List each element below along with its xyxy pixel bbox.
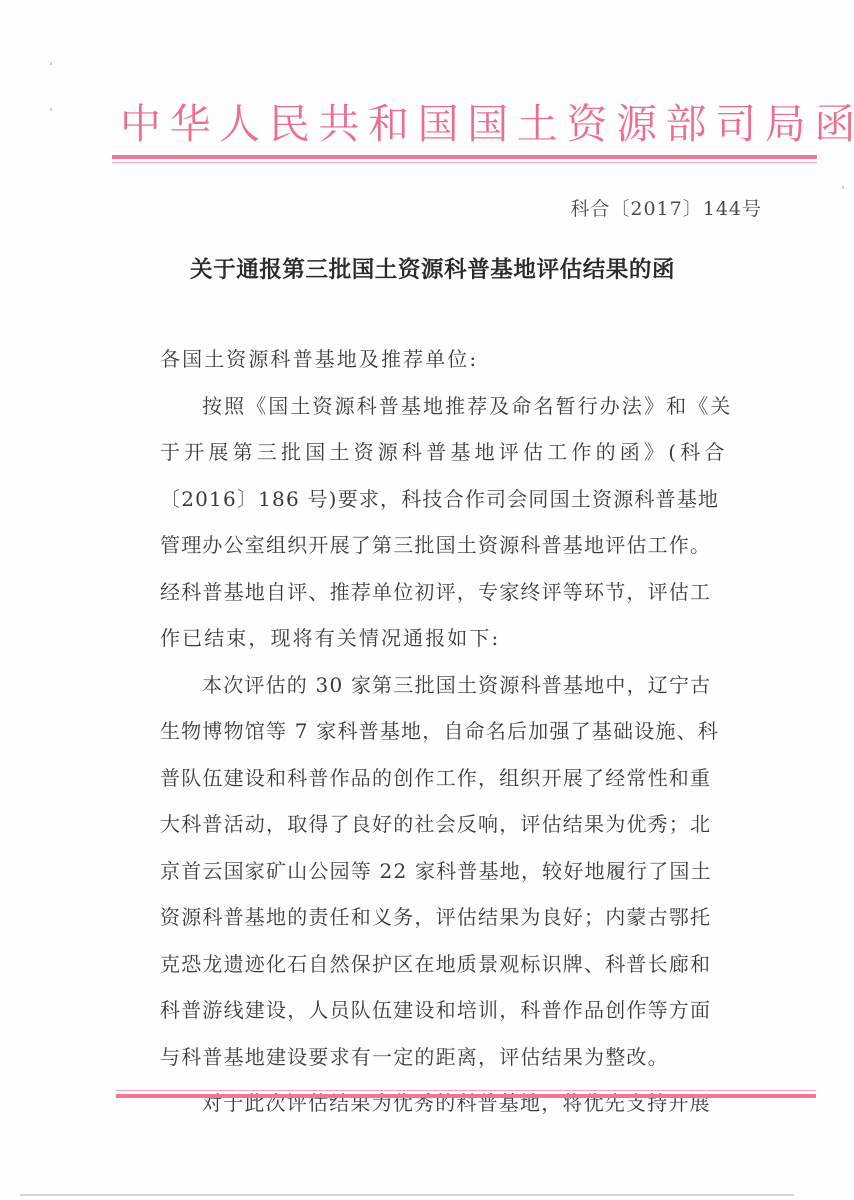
- body-line: 于开展第三批国土资源科普基地评估工作的函》(科合: [160, 429, 770, 476]
- document-body: 各国土资源科普基地及推荐单位: 按照《国土资源科普基地推荐及命名暂行办法》和《关…: [160, 336, 770, 1127]
- scan-speck: [50, 62, 52, 65]
- body-line: 本次评估的 30 家第三批国土资源科普基地中，辽宁古: [160, 662, 770, 709]
- divider-thick-line: [112, 155, 817, 159]
- body-line: 管理办公室组织开展了第三批国土资源科普基地评估工作。: [160, 522, 770, 569]
- body-line: 按照《国土资源科普基地推荐及命名暂行办法》和《关: [160, 383, 770, 430]
- scan-speck: [842, 186, 844, 189]
- letterhead-title: 中华人民共和国国土资源部司局函: [120, 96, 810, 152]
- body-line: 资源科普基地的责任和义务，评估结果为良好；内蒙古鄂托: [160, 894, 770, 941]
- body-line: 生物博物馆等 7 家科普基地，自命名后加强了基础设施、科: [160, 708, 770, 755]
- body-line: 京首云国家矿山公园等 22 家科普基地，较好地履行了国土: [160, 848, 770, 895]
- divider-thin-line: [116, 1090, 816, 1091]
- body-line: 〔2016〕186 号)要求，科技合作司会同国土资源科普基地: [160, 476, 770, 523]
- document-number: 科合〔2017〕144号: [570, 194, 762, 221]
- body-line: 与科普基地建设要求有一定的距离，评估结果为整改。: [160, 1034, 770, 1081]
- body-line: 作已结束，现将有关情况通报如下:: [160, 615, 770, 662]
- body-line: 对于此次评估结果为优秀的科普基地，将优先支持开展: [160, 1080, 770, 1127]
- divider-thin-line: [112, 162, 817, 163]
- body-line: 普队伍建设和科普作品的创作工作，组织开展了经常性和重: [160, 755, 770, 802]
- scan-speck: [50, 108, 52, 111]
- document-title: 关于通报第三批国土资源科普基地评估结果的函: [190, 252, 750, 284]
- document-page: 中华人民共和国国土资源部司局函 科合〔2017〕144号 关于通报第三批国土资源…: [0, 0, 854, 1200]
- letterhead-divider: [112, 155, 817, 163]
- divider-thick-line: [116, 1094, 816, 1098]
- body-line: 大科普活动，取得了良好的社会反响，评估结果为优秀；北: [160, 801, 770, 848]
- body-line: 科普游线建设，人员队伍建设和培训，科普作品创作等方面: [160, 987, 770, 1034]
- page-bottom-edge: [20, 1194, 794, 1196]
- footer-divider: [116, 1090, 816, 1098]
- body-line: 克恐龙遗迹化石自然保护区在地质景观标识牌、科普长廊和: [160, 941, 770, 988]
- salutation: 各国土资源科普基地及推荐单位:: [160, 336, 770, 383]
- body-line: 经科普基地自评、推荐单位初评，专家终评等环节，评估工: [160, 569, 770, 616]
